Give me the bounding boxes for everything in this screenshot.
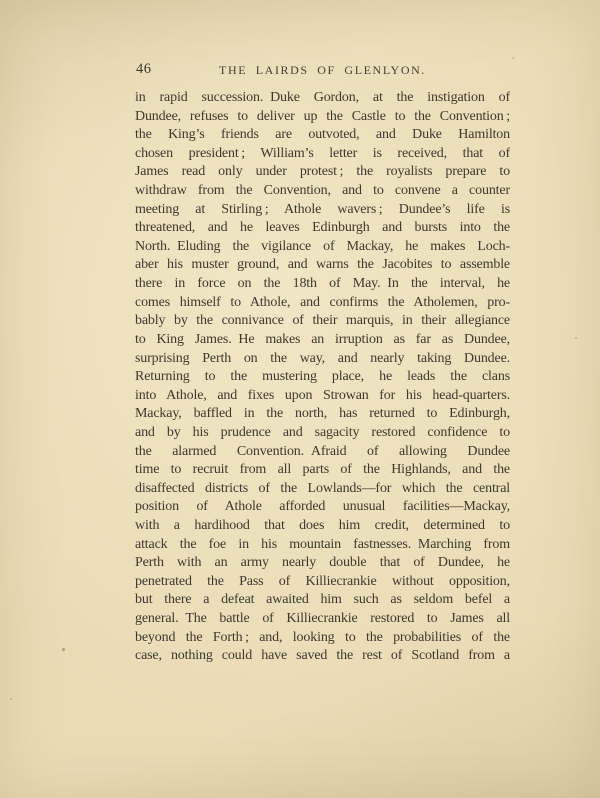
text-line: disaffected districts of the Lowlands—fo… <box>135 480 510 499</box>
text-line: Returning to the mustering place, he lea… <box>135 368 510 387</box>
text-line: threatened, and he leaves Edinburgh and … <box>135 219 510 238</box>
text-line: comes himself to Athole, and confirms th… <box>135 294 510 313</box>
paper-speck <box>62 648 65 651</box>
text-line: surprising Perth on the way, and nearly … <box>135 350 510 369</box>
text-line: Mackay, baffled in the north, has return… <box>135 405 510 424</box>
paper-speck <box>10 698 12 700</box>
text-line: bably by the connivance of their marquis… <box>135 312 510 331</box>
body-text-block: in rapid succession. Duke Gordon, at the… <box>135 89 510 666</box>
text-line: but there a defeat awaited him such as s… <box>135 591 510 610</box>
running-title: THE LAIRDS OF GLENLYON. <box>135 61 510 78</box>
text-line: chosen president ; William’s letter is r… <box>135 145 510 164</box>
text-line: North. Eluding the vigilance of Mackay, … <box>135 238 510 257</box>
text-line: withdraw from the Convention, and to con… <box>135 182 510 201</box>
text-line: and by his prudence and sagacity restore… <box>135 424 510 443</box>
paper-speck <box>512 57 514 59</box>
text-line: the King’s friends are outvoted, and Duk… <box>135 126 510 145</box>
text-line: there in force on the 18th of May. In th… <box>135 275 510 294</box>
text-line: penetrated the Pass of Killiecrankie wit… <box>135 573 510 592</box>
text-line: attack the foe in his mountain fastnesse… <box>135 536 510 555</box>
text-line: the alarmed Convention. Afraid of allowi… <box>135 443 510 462</box>
page-header: 46 THE LAIRDS OF GLENLYON. <box>135 61 510 81</box>
page-number: 46 <box>136 61 152 78</box>
text-line: into Athole, and fixes upon Strowan for … <box>135 387 510 406</box>
text-line: in rapid succession. Duke Gordon, at the… <box>135 89 510 108</box>
text-line: aber his muster ground, and warns the Ja… <box>135 256 510 275</box>
text-line: time to recruit from all parts of the Hi… <box>135 461 510 480</box>
text-line: general. The battle of Killiecrankie res… <box>135 610 510 629</box>
text-line: position of Athole afforded unusual faci… <box>135 498 510 517</box>
text-line: meeting at Stirling ; Athole wavers ; Du… <box>135 201 510 220</box>
text-line: Perth with an army nearly double that of… <box>135 554 510 573</box>
text-line: Dundee, refuses to deliver up the Castle… <box>135 108 510 127</box>
text-line: case, nothing could have saved the rest … <box>135 647 510 666</box>
paper-speck <box>575 337 577 339</box>
text-line: James read only under protest ; the roya… <box>135 163 510 182</box>
text-line: with a hardihood that does him credit, d… <box>135 517 510 536</box>
scan-page: 46 THE LAIRDS OF GLENLYON. in rapid succ… <box>0 0 600 798</box>
text-line: to King James. He makes an irruption as … <box>135 331 510 350</box>
text-line: beyond the Forth ; and, looking to the p… <box>135 629 510 648</box>
